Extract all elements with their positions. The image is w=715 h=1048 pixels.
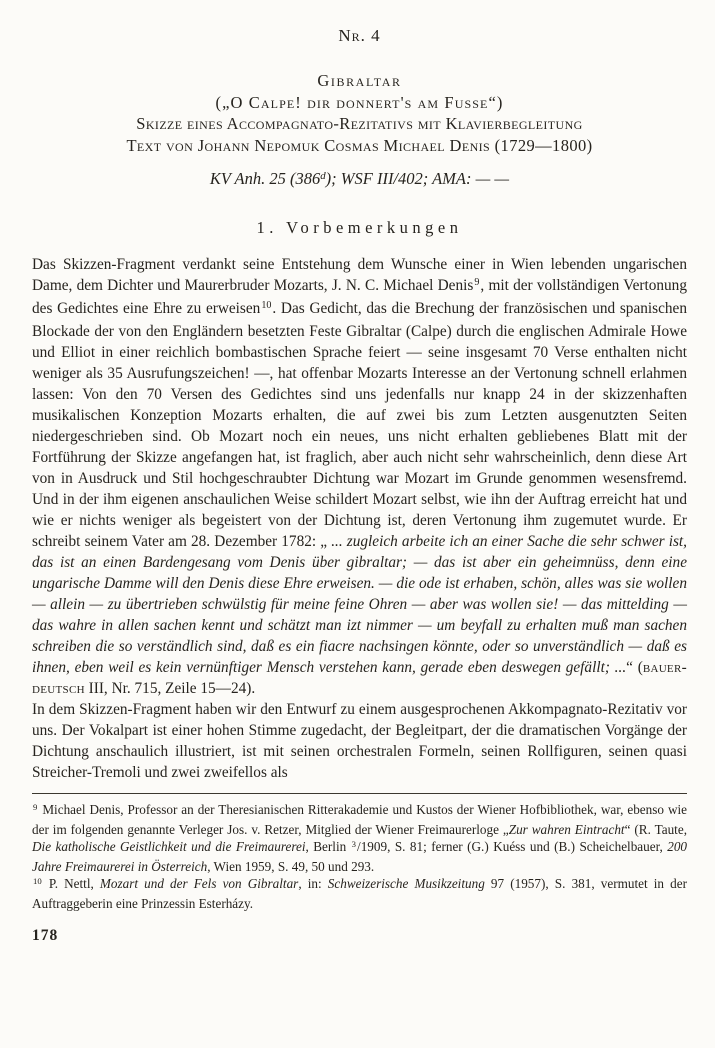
text-segment: ); WSF III/402; AMA: — — bbox=[326, 169, 509, 188]
paragraph-1: Das Skizzen-Fragment verdankt seine Ents… bbox=[32, 254, 687, 699]
paragraph-2: In dem Skizzen-Fragment haben wir den En… bbox=[32, 699, 687, 783]
text-segment: , Wien 1959, S. 49, 50 und 293. bbox=[207, 859, 374, 874]
text-segment: ... zugleich arbeite ich an einer Sache … bbox=[32, 533, 687, 676]
text-segment: Schweizerische Musikzeitung bbox=[328, 876, 485, 891]
text-segment: , Berlin bbox=[306, 839, 351, 854]
section-heading: 1. Vorbemerkungen bbox=[32, 218, 687, 238]
text-segment: 9 bbox=[32, 802, 38, 812]
book-page: Nr. 4 Gibraltar („O Calpe! dir donnert's… bbox=[0, 0, 715, 1048]
text-segment: P. Nettl, bbox=[43, 876, 100, 891]
text-segment: /1909, S. 81; ferner (G.) Kuéss und (B.)… bbox=[357, 839, 667, 854]
footnote-10: 10 P. Nettl, Mozart und der Fels von Gib… bbox=[32, 875, 687, 912]
text-segment: KV Anh. 25 (386 bbox=[210, 169, 320, 188]
text-segment: Die katholische Geistlichkeit und die Fr… bbox=[32, 839, 306, 854]
number-heading: Nr. 4 bbox=[32, 26, 687, 46]
body-text: Das Skizzen-Fragment verdankt seine Ents… bbox=[32, 254, 687, 783]
text-segment: Mozart und der Fels von Gibraltar bbox=[100, 876, 298, 891]
title-block: Gibraltar („O Calpe! dir donnert's am Fu… bbox=[32, 70, 687, 156]
text-segment: . Das Gedicht, das die Brechung der fran… bbox=[32, 300, 687, 550]
footnote-9: 9 Michael Denis, Professor an der Theres… bbox=[32, 801, 687, 875]
text-segment: d bbox=[320, 170, 325, 182]
text-segment: “ (R. Taute, bbox=[625, 822, 687, 837]
text-segment: III, Nr. 715, Zeile 15—24). bbox=[85, 680, 255, 697]
work-subtitle: („O Calpe! dir donnert's am Fusse“) bbox=[32, 92, 687, 114]
text-segment: 10 bbox=[260, 300, 272, 311]
footnote-divider bbox=[32, 793, 687, 794]
text-author-line: Text von Johann Nepomuk Cosmas Michael D… bbox=[32, 135, 687, 157]
text-segment: “ ( bbox=[626, 659, 643, 676]
work-title: Gibraltar bbox=[32, 70, 687, 92]
text-segment: Zur wahren Eintracht bbox=[509, 822, 625, 837]
text-segment: In dem Skizzen-Fragment haben wir den En… bbox=[32, 701, 687, 781]
text-segment: 10 bbox=[32, 876, 43, 886]
footnotes: 9 Michael Denis, Professor an der Theres… bbox=[32, 801, 687, 913]
text-segment: 9 bbox=[473, 277, 480, 288]
text-segment: , in: bbox=[298, 876, 327, 891]
catalog-reference-line: KV Anh. 25 (386d); WSF III/402; AMA: — — bbox=[32, 169, 687, 189]
text-segment: 3 bbox=[351, 839, 357, 849]
work-genre-line: Skizze eines Accompagnato-Rezitativs mit… bbox=[32, 113, 687, 135]
page-number: 178 bbox=[32, 927, 687, 945]
